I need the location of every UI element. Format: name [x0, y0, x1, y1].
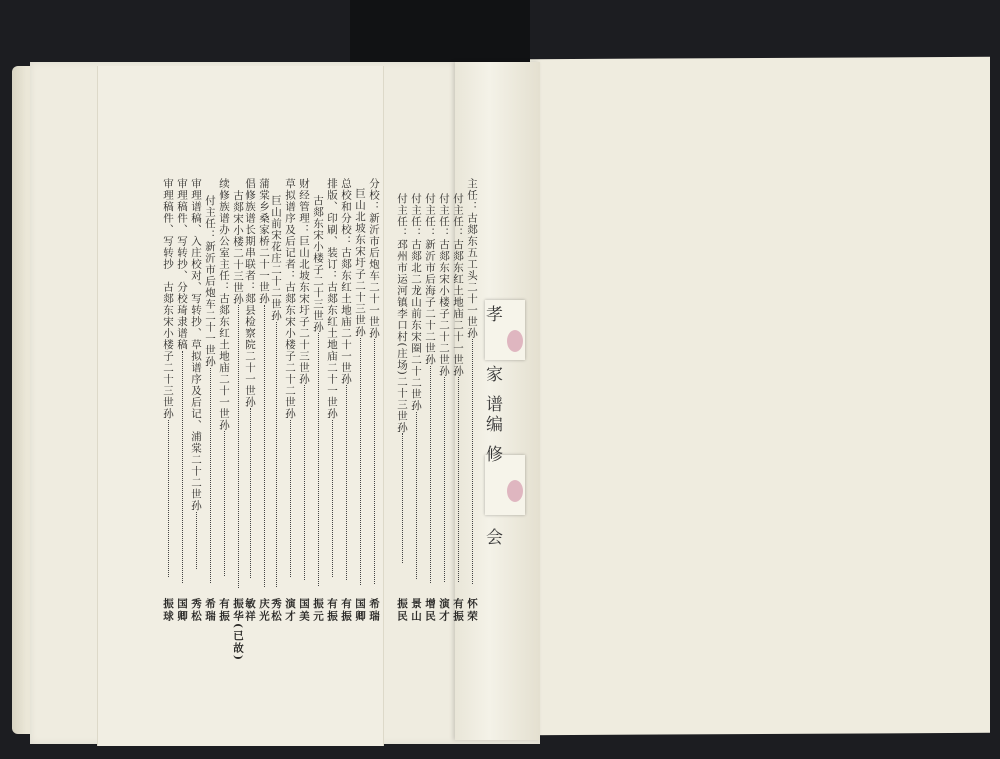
list-column: 审理稿件、写转抄 古郯东宋小楼子二十三世孙: [162, 178, 174, 577]
title-char: 会: [486, 523, 503, 548]
list-column: 续修族谱办公室主任：古郯东红土地庙二十一世孙: [218, 178, 230, 576]
background-panel: [350, 0, 530, 70]
member-name: 振元: [312, 598, 324, 623]
leader-dots: [416, 412, 417, 580]
leader-dots: [210, 368, 211, 584]
column-text: 排版、印刷、装订：古郯东红土地庙二十一世孙: [326, 178, 338, 420]
leader-dots: [168, 420, 169, 578]
column-text: 续修族谱办公室主任：古郯东红土地庙二十一世孙: [218, 178, 230, 431]
member-name: 希瑞: [368, 598, 380, 623]
leader-dots: [472, 339, 473, 584]
column-text: 审理稿件、写转抄 古郯东宋小楼子二十三世孙: [162, 178, 174, 420]
list-column: 付主任：古郯东红土地庙二十一世孙: [452, 193, 464, 582]
member-name: 振球: [162, 598, 174, 623]
leader-dots: [318, 333, 319, 586]
list-column: 巨山前宋花庄二十二世孙: [270, 195, 282, 587]
column-text: 财经管理：巨山北坡东宋圩子二十三世孙: [298, 178, 310, 385]
leader-dots: [444, 377, 445, 582]
column-text: 总校和分校：古郯东红土地庙二十一世孙: [340, 178, 352, 385]
leader-dots: [224, 431, 225, 576]
right-page-blank: [530, 57, 990, 735]
stain: [507, 480, 523, 502]
list-column: 审理谱稿、入庄校对、写转抄、草拟谱序及后记、浦棠二十二世孙: [190, 178, 202, 569]
member-name: 演才: [284, 598, 296, 623]
title-char: 编: [486, 410, 503, 435]
member-name: 有振: [218, 598, 230, 623]
column-text: 古郯宋小楼二十三世孙: [232, 190, 244, 305]
member-name: 国美: [298, 598, 310, 623]
list-column: 古郯宋小楼二十三世孙: [232, 190, 244, 588]
column-text: 蒲棠乡桑家桥二十一世孙: [258, 178, 270, 305]
leader-dots: [264, 305, 265, 588]
member-name: 秀松: [190, 598, 202, 623]
list-column: 主任：古郯东五工头二十一世孙: [466, 178, 478, 584]
member-name: 希瑞: [204, 598, 216, 623]
column-text: 付主任：新沂市后海子二十二世孙: [424, 193, 436, 366]
leader-dots: [196, 512, 197, 570]
member-name: 怀荣: [466, 598, 478, 623]
leader-dots: [182, 351, 183, 584]
member-name: 振华(已故): [232, 598, 244, 662]
member-name: 景山: [410, 598, 422, 623]
title-char: 家: [486, 360, 503, 385]
leader-dots: [332, 420, 333, 578]
list-column: 蒲棠乡桑家桥二十一世孙: [258, 178, 270, 587]
column-text: 巨山前宋花庄二十二世孙: [270, 195, 282, 322]
list-column: 付主任：新沂市后炮车二十一世孙: [204, 195, 216, 583]
list-column: 财经管理：巨山北坡东宋圩子二十三世孙: [298, 178, 310, 580]
leader-dots: [402, 433, 403, 563]
leader-dots: [430, 366, 431, 584]
leader-dots: [360, 338, 361, 586]
leader-dots: [304, 385, 305, 580]
column-text: 分校：新沂市后炮车二十一世孙: [368, 178, 380, 339]
member-name: 国卿: [176, 598, 188, 623]
column-text: 审理稿件、写转抄、分校琦隶谱稿: [176, 178, 188, 351]
column-text: 付主任：邳州市运河镇李口村(庄场)二十三世孙: [396, 193, 408, 433]
column-text: 草拟谱序及后记者：古郯东宋小楼子二十二世孙: [284, 178, 296, 420]
list-column: 付主任：古郯北二龙山前东宋圈二十二世孙: [410, 193, 422, 579]
member-name: 演才: [438, 598, 450, 623]
list-column: 草拟谱序及后记者：古郯东宋小楼子二十二世孙: [284, 178, 296, 577]
member-name: 有振: [340, 598, 352, 623]
title-char: 孝: [486, 300, 503, 325]
column-text: 付主任：新沂市后炮车二十一世孙: [204, 195, 216, 368]
list-column: 巨山北坡东宋圩子二十三世孙: [354, 188, 366, 585]
leader-dots: [374, 339, 375, 584]
list-column: 付主任：新沂市后海子二十二世孙: [424, 193, 436, 583]
list-column: 倡修族谱长期串联者：郯县检察院二十一世孙: [244, 178, 256, 578]
member-name: 敏祥: [244, 598, 256, 623]
leader-dots: [346, 385, 347, 580]
column-text: 巨山北坡东宋圩子二十三世孙: [354, 188, 366, 338]
leader-dots: [250, 408, 251, 578]
member-name: 国卿: [354, 598, 366, 623]
stain: [507, 330, 523, 352]
member-name: 庆光: [258, 598, 270, 623]
member-name: 有振: [326, 598, 338, 623]
member-name: 秀松: [270, 598, 282, 623]
column-text: 付主任：古郯东红土地庙二十一世孙: [452, 193, 464, 377]
list-column: 排版、印刷、装订：古郯东红土地庙二十一世孙: [326, 178, 338, 577]
column-text: 付主任：古郯北二龙山前东宋圈二十二世孙: [410, 193, 422, 412]
leader-dots: [238, 305, 239, 588]
member-name: 振民: [396, 598, 408, 623]
leader-dots: [290, 420, 291, 578]
column-text: 审理谱稿、入庄校对、写转抄、草拟谱序及后记、浦棠二十二世孙: [190, 178, 202, 512]
column-text: 古郯东宋小楼子二十三世孙: [312, 195, 324, 333]
list-column: 古郯东宋小楼子二十三世孙: [312, 195, 324, 586]
list-column: 分校：新沂市后炮车二十一世孙: [368, 178, 380, 584]
column-text: 倡修族谱长期串联者：郯县检察院二十一世孙: [244, 178, 256, 408]
list-column: 总校和分校：古郯东红土地庙二十一世孙: [340, 178, 352, 580]
list-column: 付主任：邳州市运河镇李口村(庄场)二十三世孙: [396, 193, 408, 563]
list-column: 付主任：古郯东宋小楼子二十二世孙: [438, 193, 450, 582]
column-text: 主任：古郯东五工头二十一世孙: [466, 178, 478, 339]
leader-dots: [458, 377, 459, 582]
member-name: 有振: [452, 598, 464, 623]
column-text: 付主任：古郯东宋小楼子二十二世孙: [438, 193, 450, 377]
leader-dots: [276, 322, 277, 588]
list-column: 审理稿件、写转抄、分校琦隶谱稿: [176, 178, 188, 583]
title-char: 修: [486, 440, 503, 465]
member-name: 增民: [424, 598, 436, 623]
